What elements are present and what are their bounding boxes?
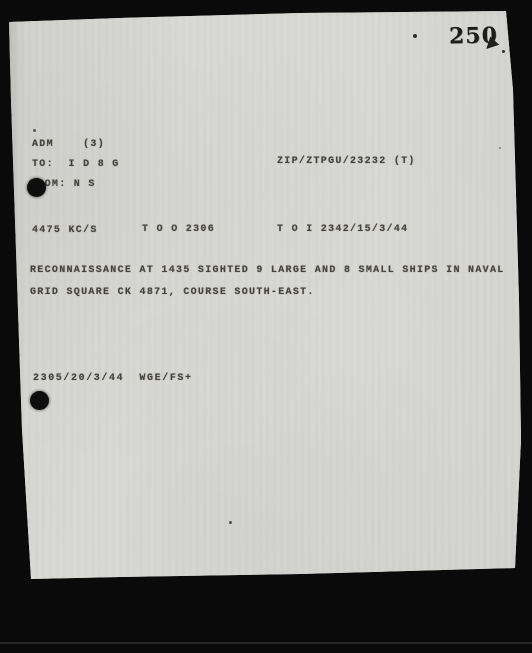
- to-line: TO: I D 8 G: [32, 159, 120, 170]
- punch-hole-top: [27, 178, 46, 197]
- message-body-line-2: GRID SQUARE CK 4871, COURSE SOUTH-EAST.: [30, 287, 315, 298]
- ink-dot: [413, 34, 417, 38]
- reference-number: ZIP/ZTPGU/23232 (T): [277, 156, 416, 167]
- time-of-intercept: T O I 2342/15/3/44: [277, 224, 408, 235]
- frequency: 4475 KC/S: [32, 225, 98, 236]
- paper-sheet: [0, 0, 532, 653]
- message-body-line-1: RECONNAISSANCE AT 1435 SIGHTED 9 LARGE A…: [30, 265, 505, 276]
- scan-artifact-line: [0, 642, 532, 644]
- signoff-line: 2305/20/3/44 WGE/FS+: [33, 373, 193, 384]
- paper-speck: [229, 521, 232, 524]
- paper-speck: [499, 147, 501, 149]
- punch-hole-bottom: [30, 391, 49, 410]
- paper-speck: [33, 129, 36, 132]
- scanned-document: 250 ADM (3) TO: I D 8 G ZIP/ZTPGU/23232 …: [0, 0, 532, 653]
- time-of-origin: T O O 2306: [142, 224, 215, 235]
- ink-dot-small: [502, 50, 505, 53]
- adm-line: ADM (3): [32, 139, 105, 150]
